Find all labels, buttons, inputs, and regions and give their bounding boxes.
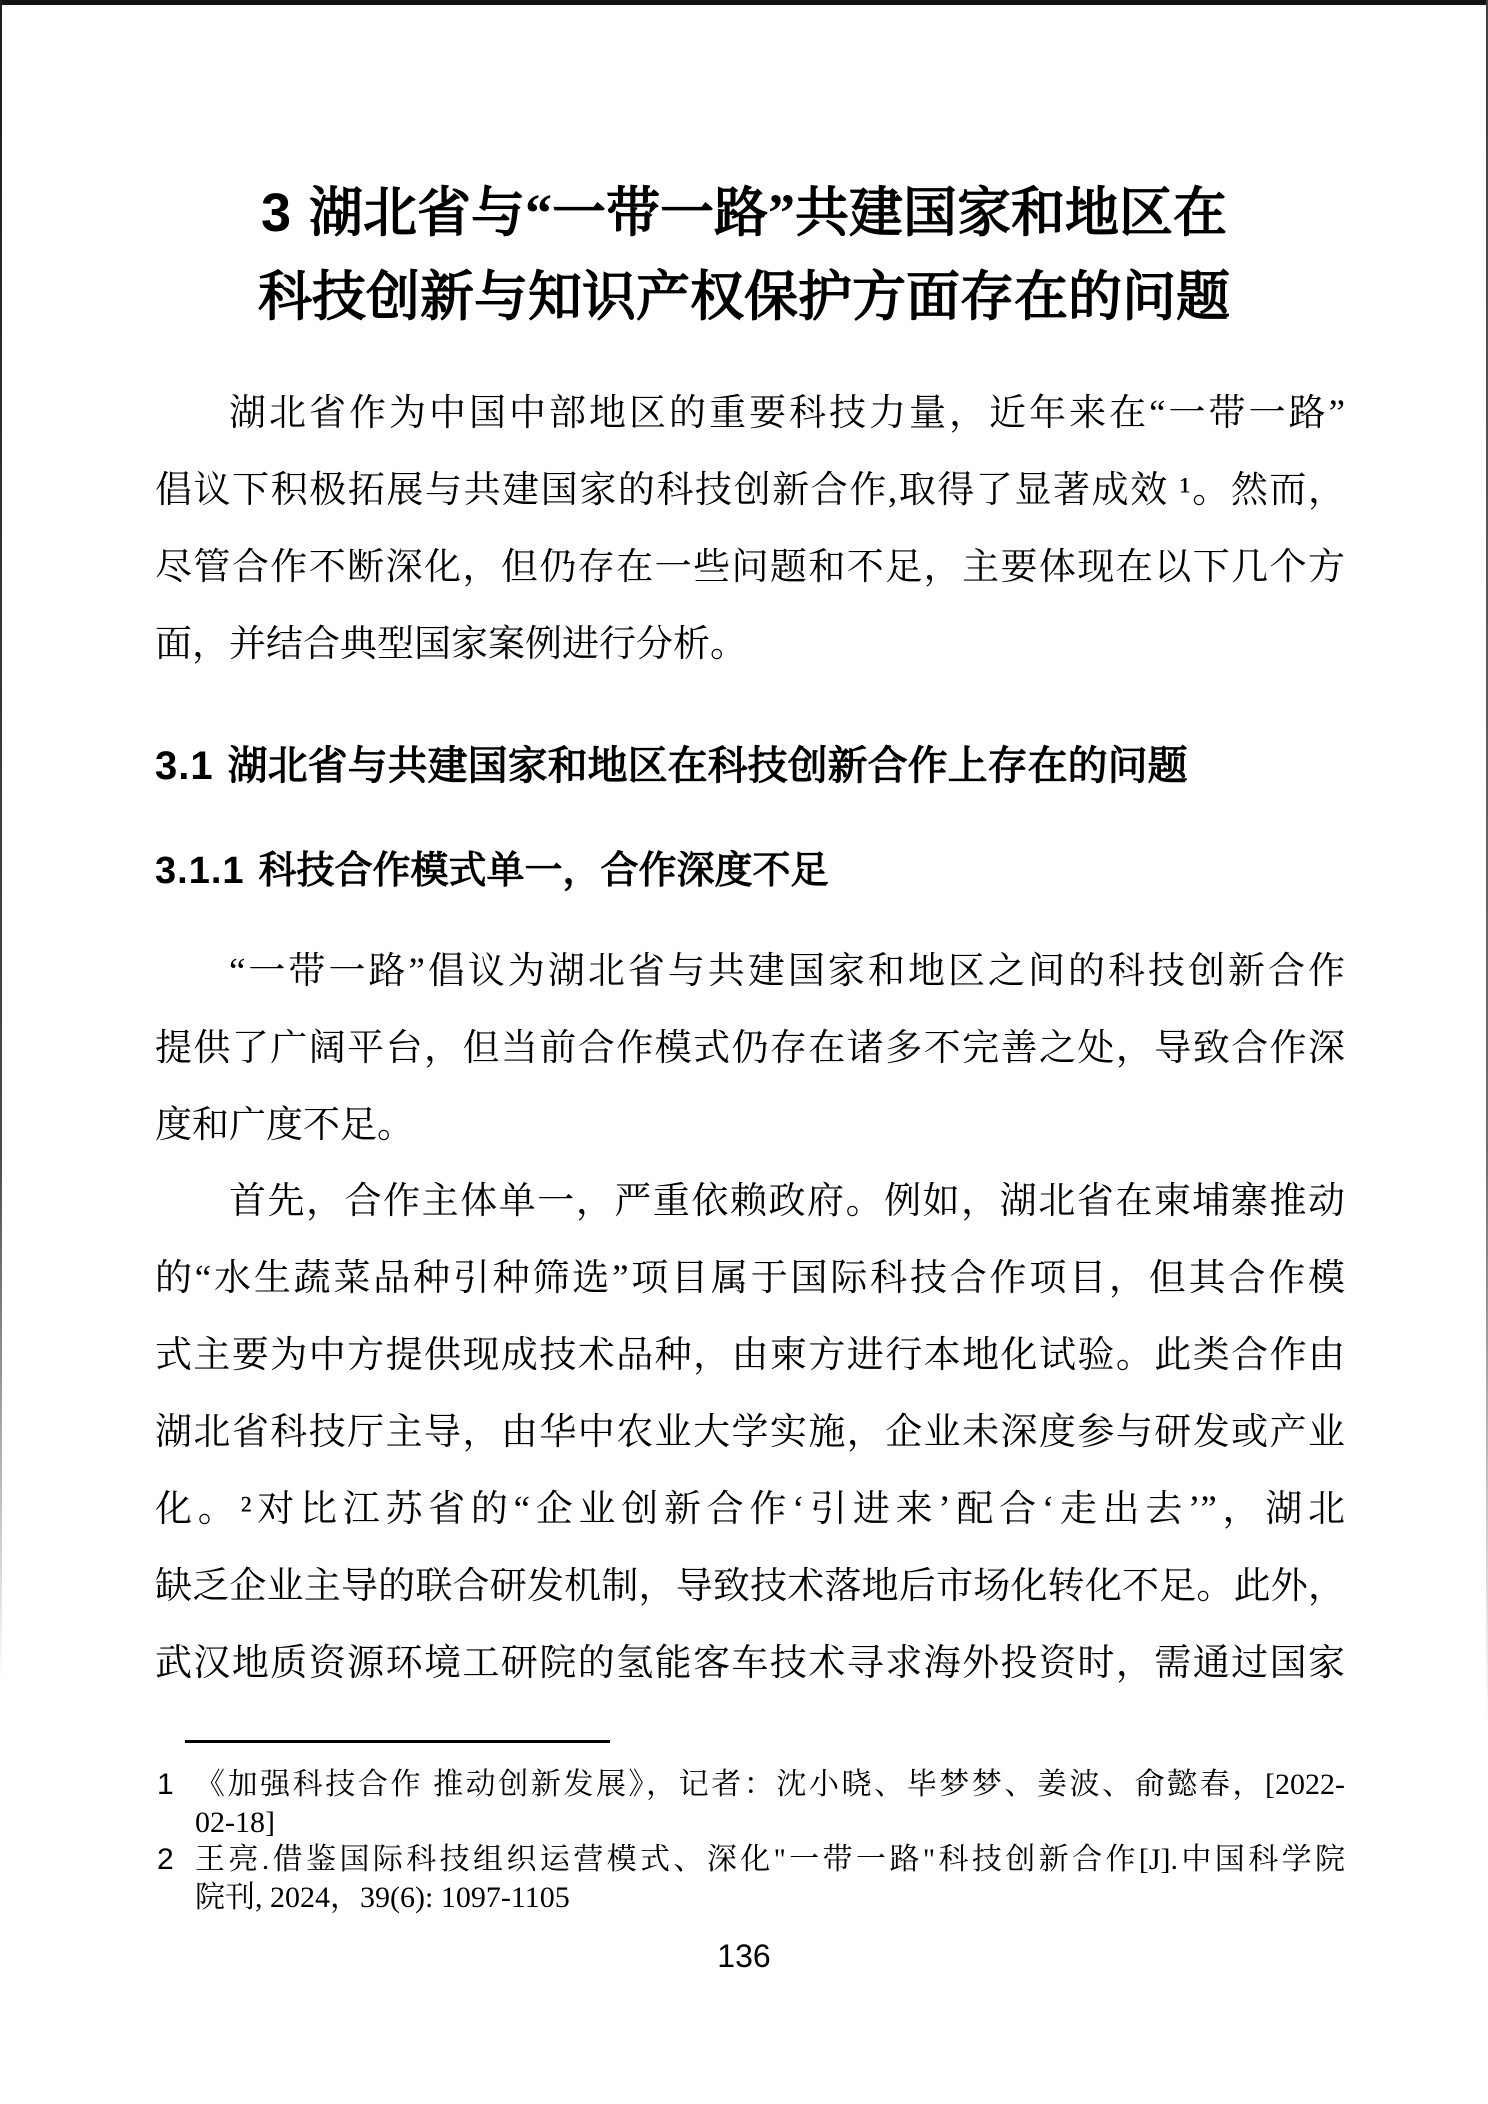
paragraph-cooperation-platform: “一带一路”倡议为湖北省与共建国家和地区之间的科技创新合作提供了广阔平台，但当前… <box>155 933 1345 1164</box>
document-page: 3湖北省与“一带一路”共建国家和地区在 科技创新与知识产权保护方面存在的问题 湖… <box>0 0 1488 2104</box>
page-top-border <box>0 0 1488 5</box>
paragraph-intro: 湖北省作为中国中部地区的重要科技力量，近年来在“一带一路”倡议下积极拓展与共建国… <box>155 375 1345 683</box>
text-line: 《加强科技合作 推动创新发展》，记者：沈小晓、毕梦梦、姜波、俞懿春，[2022- <box>195 1766 1345 1804</box>
text-line: 式主要为中方提供现成技术品种，由柬方进行本地化试验。此类合作由 <box>155 1317 1345 1394</box>
section-heading-3-1-text: 湖北省与共建国家和地区在科技创新合作上存在的问题 <box>228 743 1188 788</box>
text-line: 院刊, 2024，39(6): 1097-1105 <box>195 1879 1345 1917</box>
subsection-heading-3-1-1: 3.1.1科技合作模式单一，合作深度不足 <box>155 852 829 890</box>
section-number-3-1: 3.1 <box>155 744 214 788</box>
text-line: 首先，合作主体单一，严重依赖政府。例如，湖北省在柬埔寨推动 <box>155 1163 1345 1240</box>
text-line: 度和广度不足。 <box>155 1087 1345 1164</box>
subsection-heading-3-1-1-text: 科技合作模式单一，合作深度不足 <box>259 850 829 892</box>
chapter-title-line-2: 科技创新与知识产权保护方面存在的问题 <box>0 270 1488 324</box>
chapter-title-text-2: 科技创新与知识产权保护方面存在的问题 <box>258 267 1230 327</box>
section-heading-3-1: 3.1湖北省与共建国家和地区在科技创新合作上存在的问题 <box>155 746 1188 786</box>
footnote-2: 2 王亮.借鉴国际科技组织运营模式、深化"一带一路"科技创新合作[J].中国科学… <box>155 1841 1345 1917</box>
text-line: 02-18] <box>195 1804 1345 1842</box>
text-line: 倡议下积极拓展与共建国家的科技创新合作,取得了显著成效 ¹。然而， <box>155 452 1345 529</box>
footnote-1: 1 《加强科技合作 推动创新发展》，记者：沈小晓、毕梦梦、姜波、俞懿春，[202… <box>155 1766 1345 1842</box>
footnote-1-marker: 1 <box>157 1766 174 1804</box>
text-line: 面，并结合典型国家案例进行分析。 <box>155 606 1345 683</box>
text-line: 化。²对比江苏省的“企业创新合作‘引进来’配合‘走出去’”，湖北 <box>155 1471 1345 1548</box>
footnote-2-text: 王亮.借鉴国际科技组织运营模式、深化"一带一路"科技创新合作[J].中国科学院院… <box>195 1841 1345 1917</box>
text-line: 武汉地质资源环境工研院的氢能客车技术寻求海外投资时，需通过国家 <box>155 1625 1345 1702</box>
text-line: 王亮.借鉴国际科技组织运营模式、深化"一带一路"科技创新合作[J].中国科学院 <box>195 1841 1345 1879</box>
subsection-number-3-1-1: 3.1.1 <box>155 850 245 892</box>
chapter-title-text-1: 湖北省与“一带一路”共建国家和地区在 <box>309 183 1227 243</box>
chapter-title-line-1: 3湖北省与“一带一路”共建国家和地区在 <box>0 186 1488 240</box>
text-line: 湖北省科技厅主导，由华中农业大学实施，企业未深度参与研发或产业 <box>155 1394 1345 1471</box>
text-line: 湖北省作为中国中部地区的重要科技力量，近年来在“一带一路” <box>155 375 1345 452</box>
paragraph-cooperation-subject: 首先，合作主体单一，严重依赖政府。例如，湖北省在柬埔寨推动的“水生蔬菜品种引种筛… <box>155 1163 1345 1702</box>
footnote-2-marker: 2 <box>157 1841 174 1879</box>
text-line: 提供了广阔平台，但当前合作模式仍存在诸多不完善之处，导致合作深 <box>155 1010 1345 1087</box>
text-line: 的“水生蔬菜品种引种筛选”项目属于国际科技合作项目，但其合作模 <box>155 1240 1345 1317</box>
footnote-1-text: 《加强科技合作 推动创新发展》，记者：沈小晓、毕梦梦、姜波、俞懿春，[2022-… <box>195 1766 1345 1842</box>
text-line: “一带一路”倡议为湖北省与共建国家和地区之间的科技创新合作 <box>155 933 1345 1010</box>
chapter-number: 3 <box>261 183 291 243</box>
page-number: 136 <box>0 1940 1488 1972</box>
footnote-separator <box>185 1740 610 1743</box>
text-line: 缺乏企业主导的联合研发机制，导致技术落地后市场化转化不足。此外， <box>155 1548 1345 1625</box>
text-line: 尽管合作不断深化，但仍存在一些问题和不足，主要体现在以下几个方 <box>155 529 1345 606</box>
